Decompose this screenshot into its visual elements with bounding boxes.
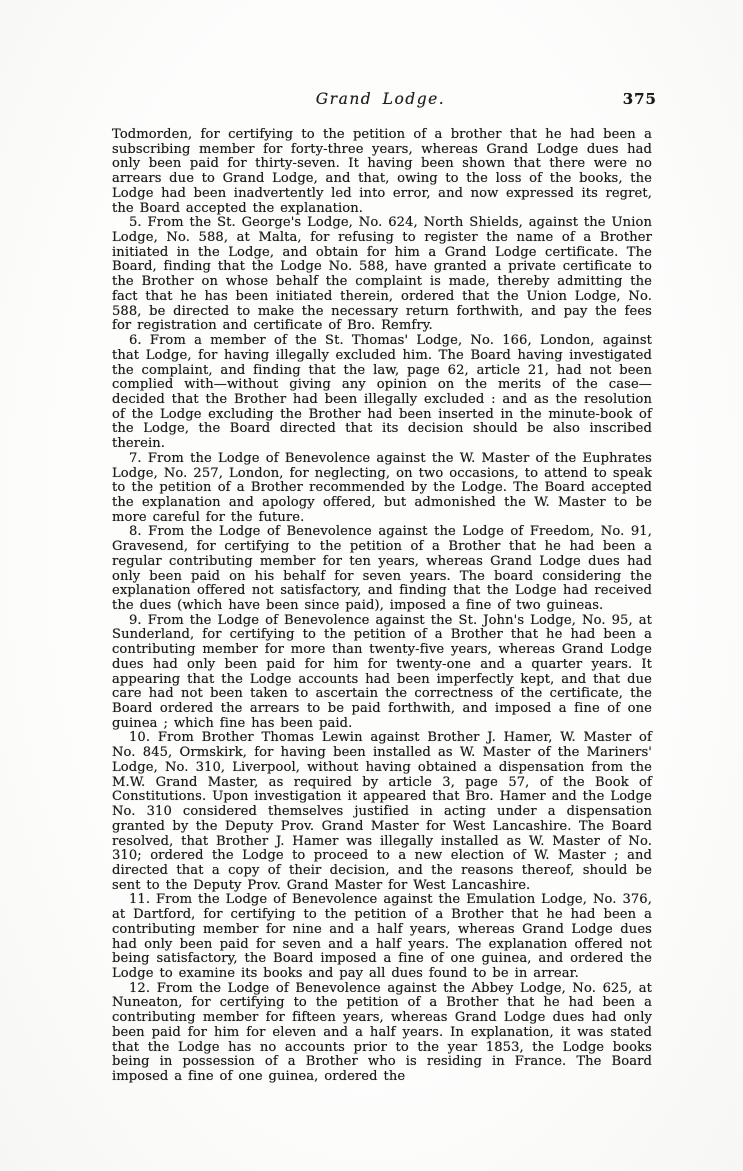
page-number: 375	[623, 90, 657, 108]
running-header: Grand Lodge. 375	[112, 90, 649, 110]
paragraph: 6. From a member of the St. Thomas' Lodg…	[112, 334, 652, 452]
document-body: Todmorden, for certifying to the petitio…	[112, 128, 652, 1085]
paragraph: 11. From the Lodge of Benevolence agains…	[112, 893, 652, 981]
paragraph: 7. From the Lodge of Benevolence against…	[112, 452, 652, 526]
paragraph: 9. From the Lodge of Benevolence against…	[112, 614, 652, 732]
paragraph: 5. From the St. George's Lodge, No. 624,…	[112, 216, 652, 334]
paragraph: 8. From the Lodge of Benevolence against…	[112, 525, 652, 613]
paragraph: 10. From Brother Thomas Lewin against Br…	[112, 731, 652, 893]
document-page: Grand Lodge. 375 Todmorden, for certifyi…	[0, 0, 743, 1171]
paragraph: Todmorden, for certifying to the petitio…	[112, 128, 652, 216]
page-title: Grand Lodge.	[112, 90, 649, 108]
paragraph: 12. From the Lodge of Benevolence agains…	[112, 982, 652, 1085]
